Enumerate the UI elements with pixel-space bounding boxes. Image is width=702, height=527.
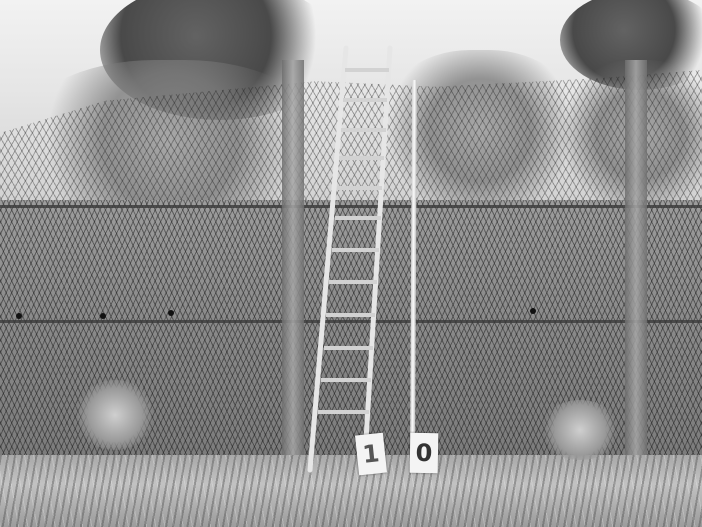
evidence-marker-label: 0 bbox=[415, 439, 432, 467]
evidence-marker: 0 bbox=[410, 433, 439, 473]
photograph: 1 0 bbox=[0, 0, 702, 527]
ladder bbox=[0, 0, 702, 527]
evidence-marker: 1 bbox=[355, 433, 387, 476]
evidence-marker-label: 1 bbox=[361, 439, 381, 469]
